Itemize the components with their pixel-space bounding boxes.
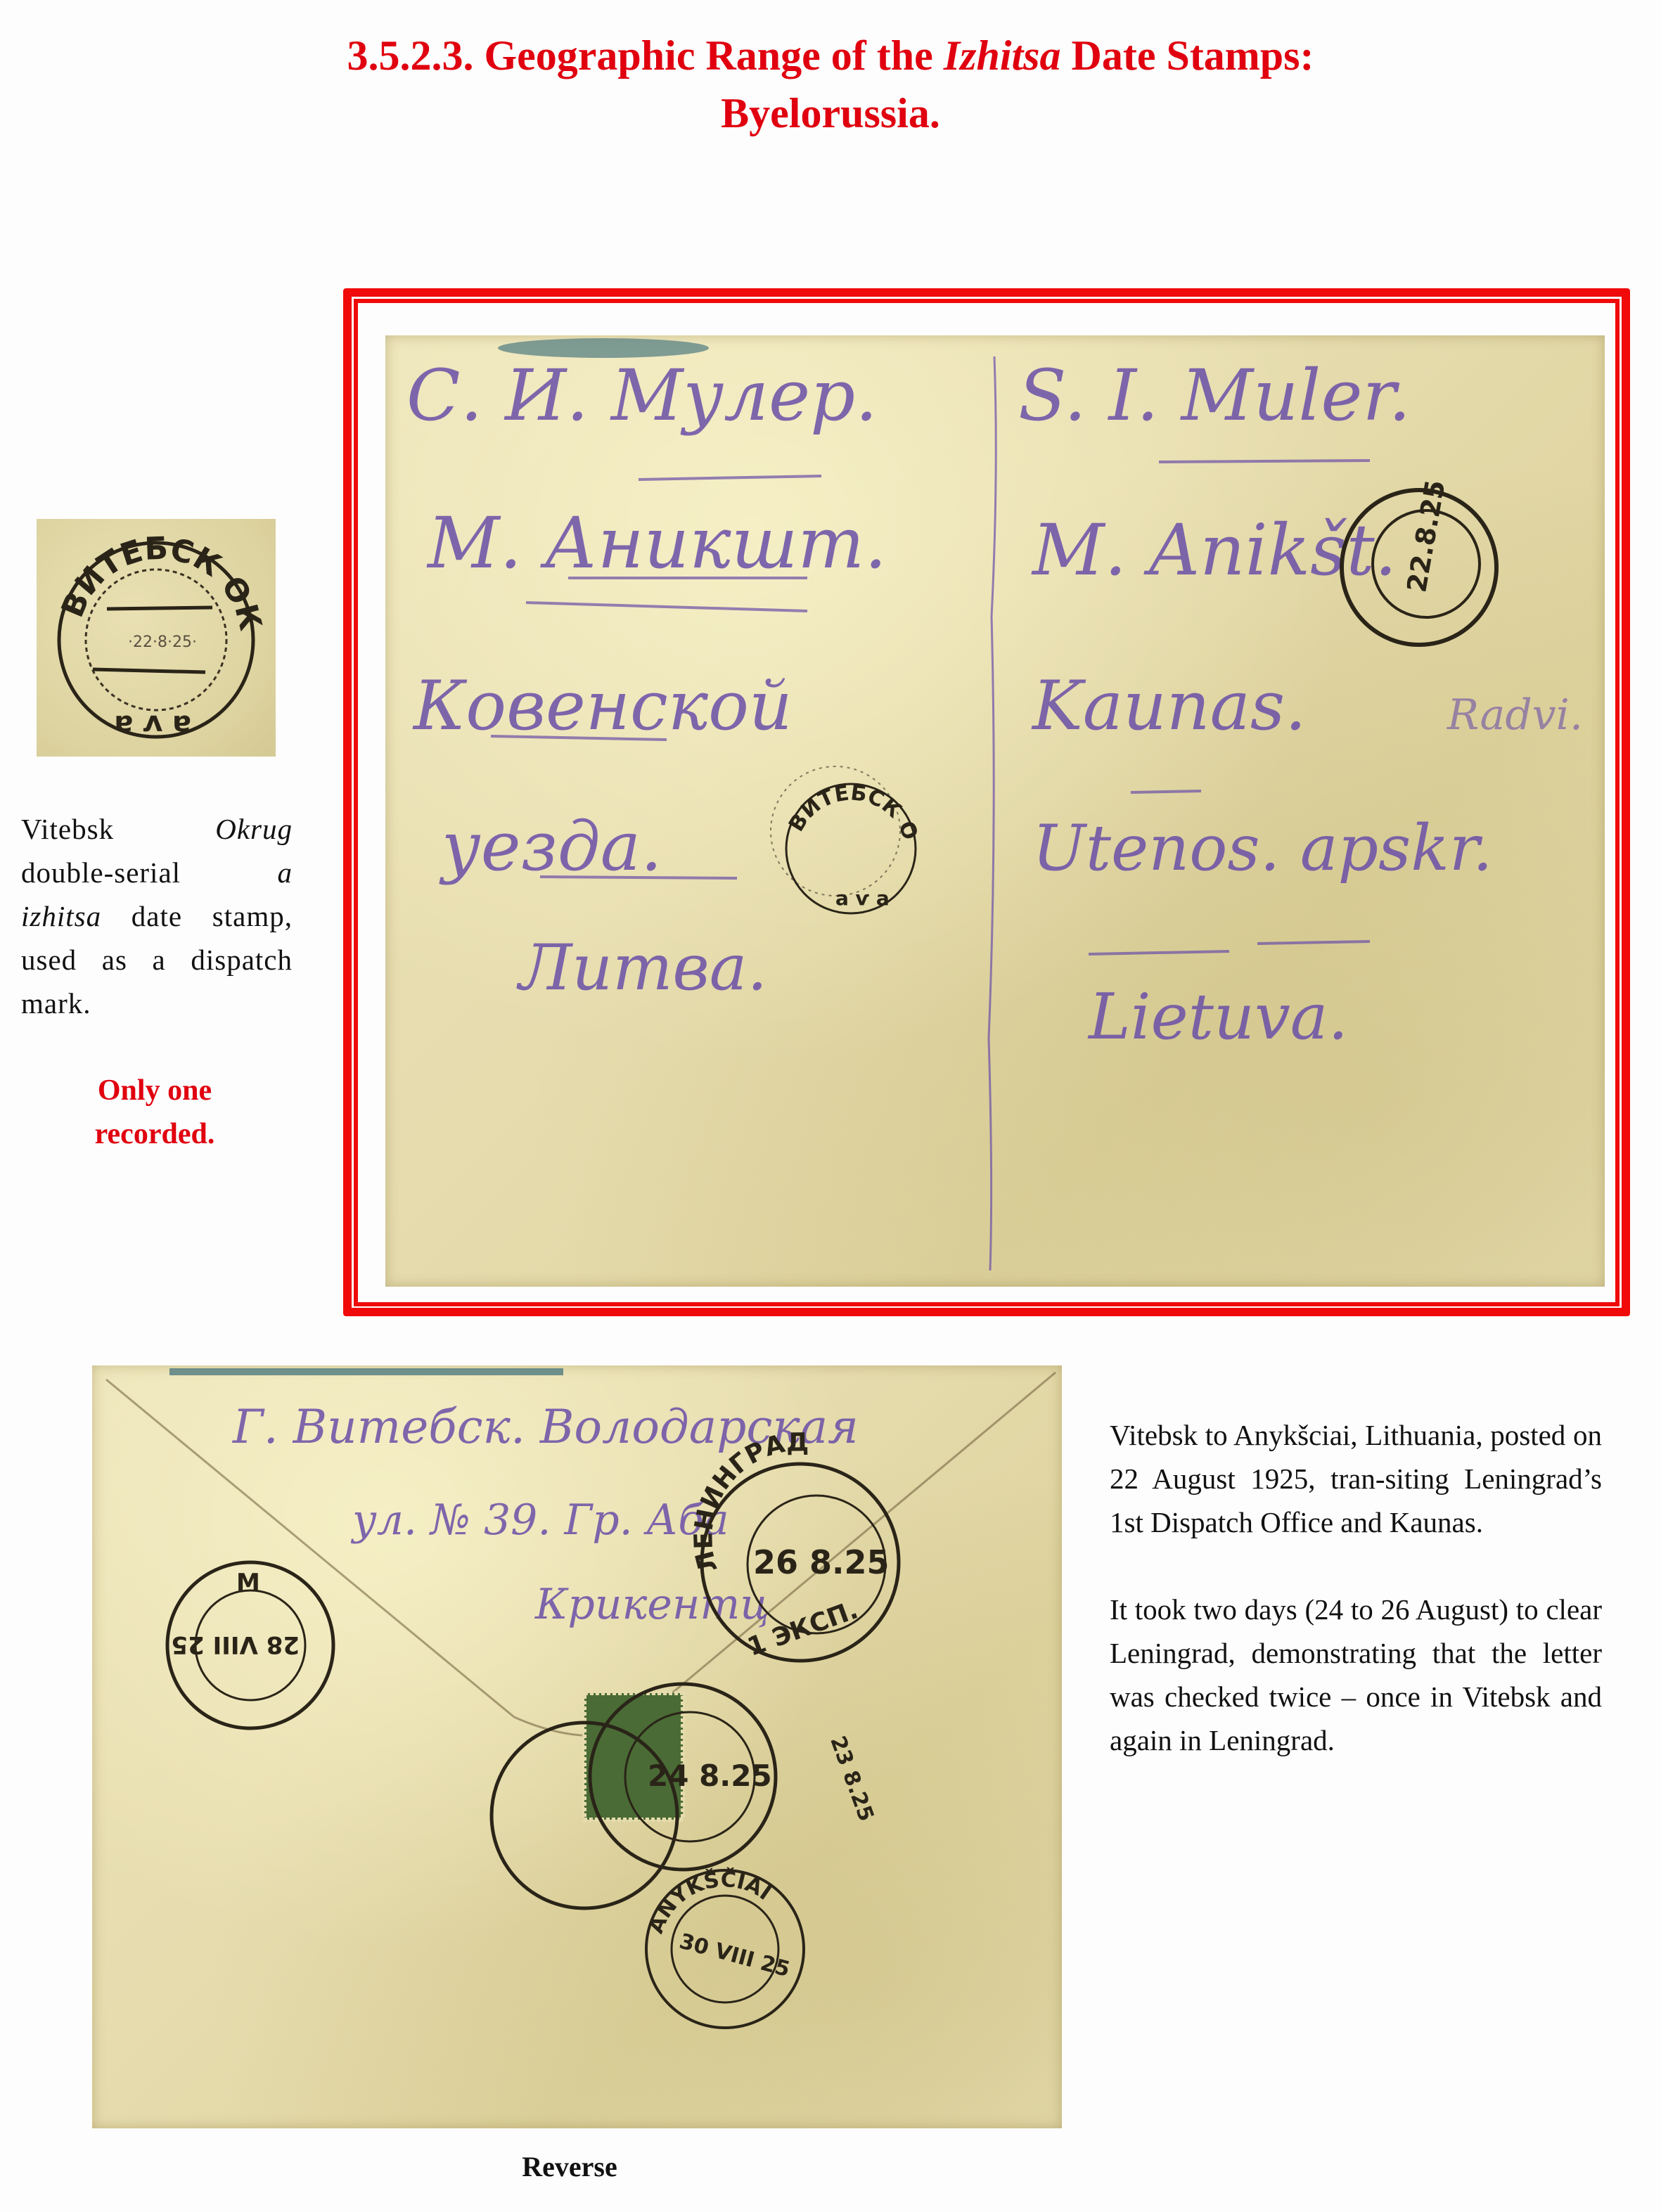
postmark-anyksciai: ANYKŠČIAI 30 VIII 25 bbox=[643, 1866, 804, 2028]
svg-text:ул. № 39. Гр. Аба: ул. № 39. Гр. Аба bbox=[350, 1496, 729, 1545]
svg-text:Г. Витебск. Володарская: Г. Витебск. Володарская bbox=[231, 1400, 859, 1454]
description-paragraph-1: Vitebsk to Anykšciai, Lithuania, posted … bbox=[1110, 1413, 1602, 1544]
postmark-kaunas: 28 VIII 25 M bbox=[167, 1562, 333, 1728]
svg-text:Utenos. apskr.: Utenos. apskr. bbox=[1032, 811, 1493, 885]
svg-text:23 8.25: 23 8.25 bbox=[825, 1733, 878, 1825]
stamp-caption: Vitebsk Okrug double-serial a izhitsa da… bbox=[21, 807, 293, 1025]
svg-text:а ѵ а: а ѵ а bbox=[114, 709, 191, 741]
svg-text:30 VIII 25: 30 VIII 25 bbox=[676, 1929, 793, 1983]
svg-text:28 VIII 25: 28 VIII 25 bbox=[171, 1631, 300, 1659]
svg-text:S. I. Muler.: S. I. Muler. bbox=[1018, 354, 1411, 437]
svg-text:С. И. Мулер.: С. И. Мулер. bbox=[406, 354, 878, 437]
svg-text:22.8.25: 22.8.25 bbox=[1401, 477, 1451, 594]
svg-text:а ѵ а: а ѵ а bbox=[835, 887, 890, 910]
svg-text:Lietuva.: Lietuva. bbox=[1087, 980, 1348, 1054]
title-line-2: Byelorussia. bbox=[0, 84, 1661, 142]
svg-text:Radvi.: Radvi. bbox=[1447, 690, 1583, 740]
svg-text:Литва.: Литва. bbox=[516, 931, 767, 1005]
cover-description: Vitebsk to Anykšciai, Lithuania, posted … bbox=[1110, 1413, 1602, 1806]
front-cover-image: С. И. Мулер. М. Аникшт. Ковенской уезда.… bbox=[385, 335, 1605, 1287]
svg-text:уезда.: уезда. bbox=[439, 807, 662, 886]
postmark-icon: ВИТЕБСК ОКР а ѵ а ·22·8·25· bbox=[37, 519, 276, 757]
svg-text:ВИТЕБСК ОКР: ВИТЕБСК ОКР bbox=[37, 519, 269, 634]
svg-text:Крикентц: Крикентц bbox=[534, 1580, 769, 1629]
svg-text:Kaunas.: Kaunas. bbox=[1031, 667, 1307, 745]
svg-text:·22·8·25·: ·22·8·25· bbox=[128, 634, 197, 651]
postage-stamp bbox=[584, 1693, 683, 1820]
title-line-1: 3.5.2.3. Geographic Range of the Izhitsa… bbox=[0, 27, 1661, 84]
address-lithuanian: S. I. Muler. M. Anikšt. Kaunas. Utenos. … bbox=[1018, 354, 1583, 1054]
svg-text:24 8.25: 24 8.25 bbox=[648, 1758, 772, 1793]
svg-text:M: M bbox=[236, 1569, 260, 1597]
svg-text:Ковенской: Ковенской bbox=[412, 667, 793, 745]
svg-text:26 8.25: 26 8.25 bbox=[753, 1543, 890, 1581]
svg-text:ANYKŠČIAI: ANYKŠČIAI bbox=[643, 1866, 776, 1937]
only-one-recorded-note: Only one recorded. bbox=[42, 1069, 267, 1156]
reverse-label: Reverse bbox=[429, 2150, 710, 2183]
reverse-cover-image: Г. Витебск. Володарская ул. № 39. Гр. Аб… bbox=[92, 1365, 1062, 2128]
address-russian: С. И. Мулер. М. Аникшт. Ковенской уезда.… bbox=[406, 354, 887, 1005]
page-title: 3.5.2.3. Geographic Range of the Izhitsa… bbox=[0, 27, 1661, 142]
postmark-thumbnail: ВИТЕБСК ОКР а ѵ а ·22·8·25· bbox=[37, 519, 276, 757]
description-paragraph-2: It took two days (24 to 26 August) to cl… bbox=[1110, 1588, 1602, 1762]
svg-text:М. Аникшт.: М. Аникшт. bbox=[426, 502, 887, 584]
